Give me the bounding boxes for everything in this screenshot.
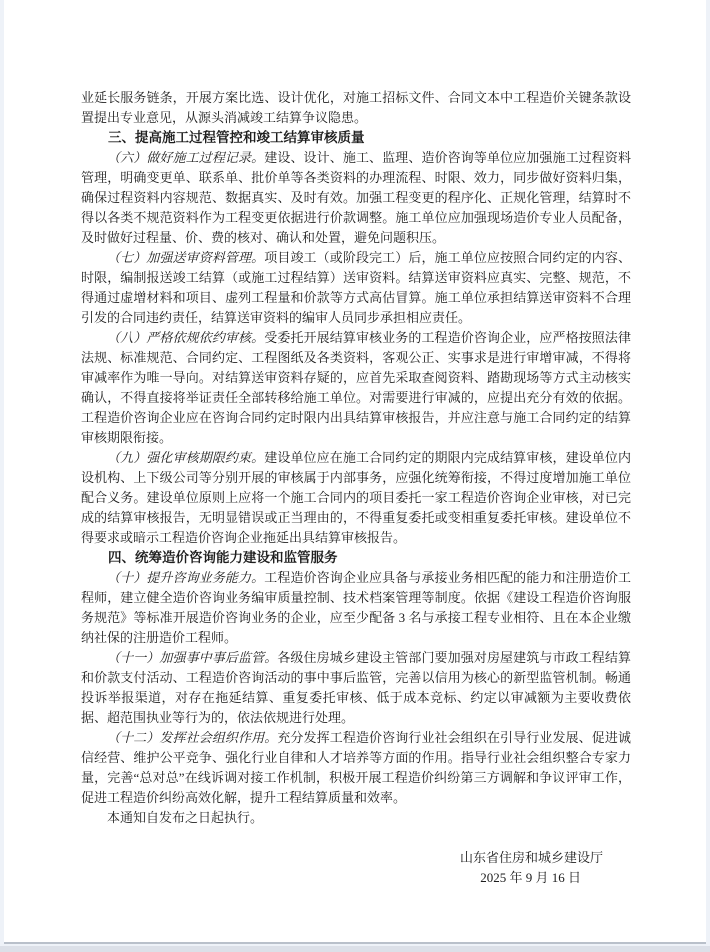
issuing-authority: 山东省住房和城乡建设厅 [81, 848, 631, 868]
item-12-lead: （十二）发挥社会组织作用。 [107, 730, 277, 745]
viewer-bottom-strip [0, 946, 710, 952]
item-9-lead: （九）强化审核期限约束。 [107, 450, 264, 465]
document-page: 业延长服务链条，开展方案比选、设计优化，对施工招标文件、合同文本中工程造价关键条… [4, 0, 706, 944]
item-8-paragraph: （八）严格依规依约审核。受委托开展结算审核业务的工程造价咨询企业，应严格按照法律… [81, 328, 631, 448]
item-9-paragraph: （九）强化审核期限约束。建设单位应在施工合同约定的期限内完成结算审核，建设单位内… [81, 448, 631, 548]
closing-paragraph: 本通知自发布之日起执行。 [81, 808, 631, 828]
item-10-lead: （十）提升咨询业务能力。 [107, 570, 264, 585]
intro-paragraph: 业延长服务链条，开展方案比选、设计优化，对施工招标文件、合同文本中工程造价关键条… [81, 88, 631, 128]
item-11-lead: （十一）加强事中事后监管。 [107, 650, 277, 665]
item-12-paragraph: （十二）发挥社会组织作用。充分发挥工程造价咨询行业社会组织在引导行业发展、促进诚… [81, 728, 631, 808]
item-8-body: 受委托开展结算审核业务的工程造价咨询企业，应严格按照法律法规、标准规范、合同约定… [81, 330, 631, 445]
item-7-paragraph: （七）加强送审资料管理。项目竣工（或阶段完工）后，施工单位应按照合同约定的内容、… [81, 248, 631, 328]
section-heading-three: 三、提高施工过程管控和竣工结算审核质量 [81, 128, 631, 148]
document-viewer: 业延长服务链条，开展方案比选、设计优化，对施工招标文件、合同文本中工程造价关键条… [0, 0, 710, 952]
item-6-paragraph: （六）做好施工过程记录。建设、设计、施工、监理、造价咨询等单位应加强施工过程资料… [81, 148, 631, 248]
signature-block: 山东省住房和城乡建设厅 2025 年 9 月 16 日 [81, 848, 631, 888]
item-7-lead: （七）加强送审资料管理。 [107, 250, 264, 265]
item-11-paragraph: （十一）加强事中事后监管。各级住房城乡建设主管部门要加强对房屋建筑与市政工程结算… [81, 648, 631, 728]
item-10-paragraph: （十）提升咨询业务能力。工程造价咨询企业应具备与承接业务相匹配的能力和注册造价工… [81, 568, 631, 648]
document-body: 业延长服务链条，开展方案比选、设计优化，对施工招标文件、合同文本中工程造价关键条… [81, 88, 631, 888]
item-8-lead: （八）严格依规依约审核。 [107, 330, 264, 345]
issue-date: 2025 年 9 月 16 日 [81, 868, 631, 888]
section-heading-four: 四、统筹造价咨询能力建设和监管服务 [81, 548, 631, 568]
item-6-lead: （六）做好施工过程记录。 [107, 150, 264, 165]
